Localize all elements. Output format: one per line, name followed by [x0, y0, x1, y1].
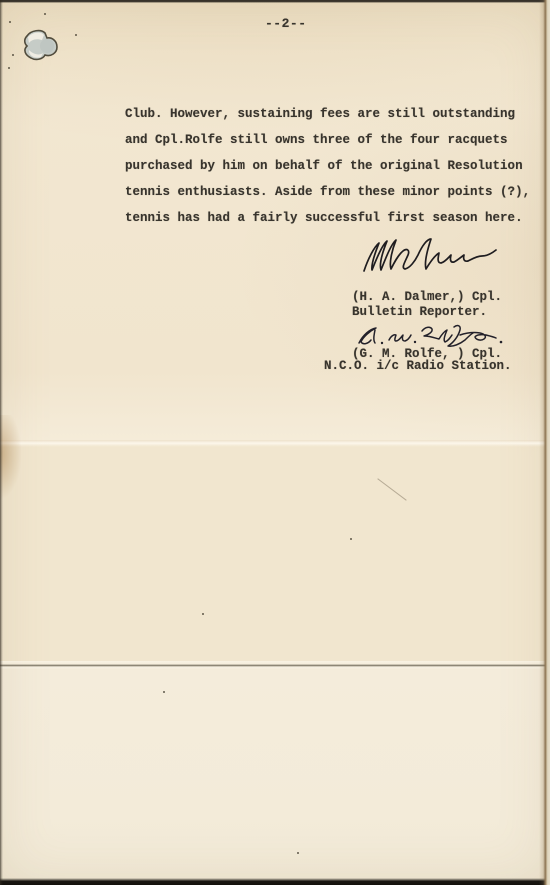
body-line: Club. However, sustaining fees are still…	[125, 101, 530, 127]
scanned-letter-page: --2-- Club. However, sustaining fees are…	[0, 0, 550, 885]
dust-speck	[9, 21, 11, 23]
signatory-name-dalmer: (H. A. Dalmer,) Cpl.	[352, 290, 502, 304]
staple-hole-graphic	[20, 27, 62, 65]
body-line: tennis has had a fairly successful first…	[125, 205, 530, 231]
paper-crease-upper	[0, 440, 550, 447]
dust-speck	[163, 691, 165, 693]
dust-speck	[350, 538, 352, 540]
dust-speck	[75, 34, 77, 36]
paper-stain	[0, 415, 22, 500]
body-line: purchased by him on behalf of the origin…	[125, 153, 530, 179]
scan-edge-top	[0, 0, 550, 3]
signatory-title-rolfe: N.C.O. i/c Radio Station.	[324, 360, 512, 373]
scan-edge-left	[0, 0, 3, 885]
letter-body: Club. However, sustaining fees are still…	[125, 101, 530, 231]
body-line: and Cpl.Rolfe still owns three of the fo…	[125, 127, 530, 153]
paper-fold-line	[0, 661, 550, 669]
body-line: tennis enthusiasts. Aside from these min…	[125, 179, 530, 205]
dust-speck	[12, 54, 14, 56]
page-number: --2--	[265, 16, 307, 31]
signatory-title-dalmer: Bulletin Reporter.	[352, 305, 487, 319]
scan-edge-right	[539, 0, 550, 885]
staple-hole-icon	[20, 27, 62, 65]
dalmer-signature-icon	[358, 233, 500, 277]
scan-edge-bottom	[0, 878, 550, 885]
dust-speck	[297, 852, 299, 854]
dust-speck	[202, 613, 204, 615]
dust-speck	[44, 13, 46, 15]
dust-speck	[8, 67, 10, 69]
